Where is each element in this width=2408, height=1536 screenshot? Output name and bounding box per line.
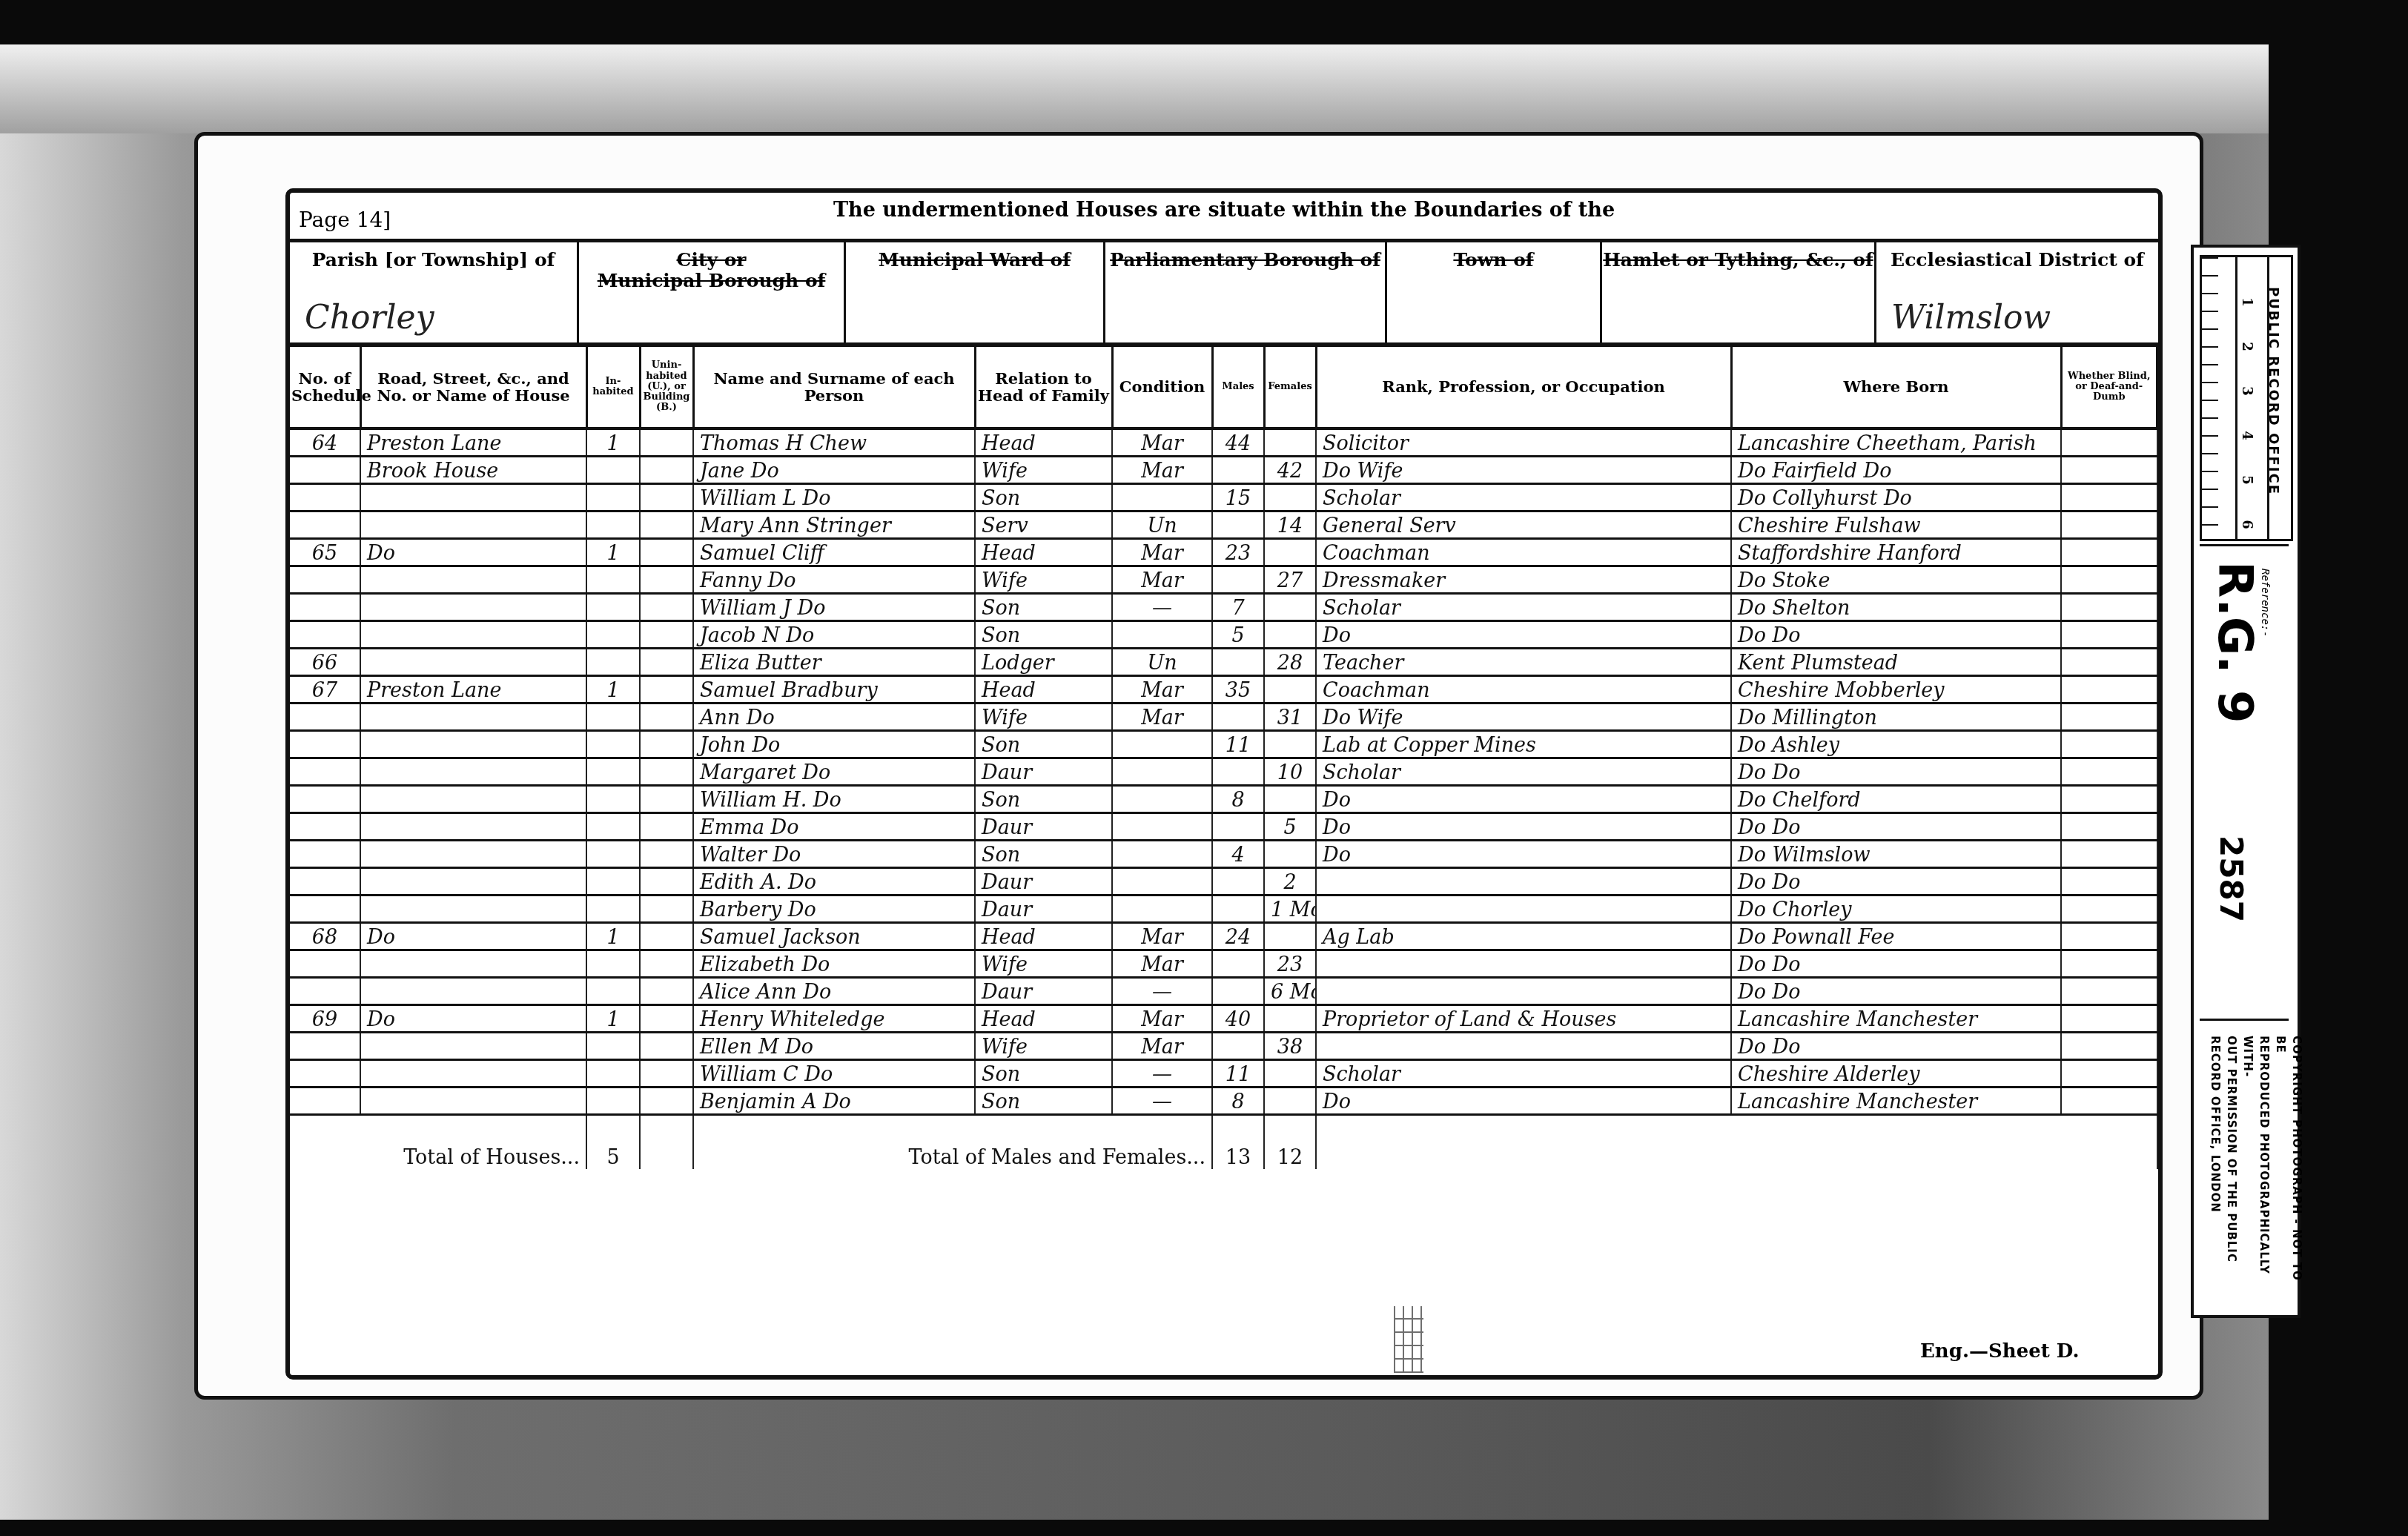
row-road (360, 566, 586, 594)
row-birthplace: Do Do (1731, 950, 2061, 978)
row-birthplace: Do Millington (1731, 704, 2061, 731)
row-schedule: 65 (290, 539, 360, 566)
total-houses-label: Total of Houses... (290, 1115, 586, 1170)
total-houses-value: 5 (586, 1115, 640, 1170)
district-label: Parliamentary Borough of (1105, 250, 1385, 271)
row-road: Do (360, 923, 586, 950)
row-inhabited (586, 758, 640, 786)
row-inhabited (586, 484, 640, 512)
row-age-male: 23 (1212, 539, 1264, 566)
row-infirmity (2061, 566, 2157, 594)
col-born: Where Born (1731, 347, 2061, 428)
row-name: William H. Do (693, 786, 975, 813)
row-inhabited (586, 566, 640, 594)
row-age-female (1264, 621, 1316, 649)
row-occupation (1316, 950, 1731, 978)
row-birthplace: Lancashire Manchester (1731, 1005, 2061, 1033)
row-occupation: Scholar (1316, 758, 1731, 786)
district-ecclesiastical: Ecclesiastical District of Wilmslow (1876, 242, 2158, 342)
table-row: John DoSon11Lab at Copper MinesDo Ashley (290, 731, 2157, 758)
row-age-male: 35 (1212, 676, 1264, 704)
row-birthplace: Cheshire Mobberley (1731, 676, 2061, 704)
row-name: Edith A. Do (693, 868, 975, 896)
row-road (360, 758, 586, 786)
row-birthplace: Do Chorley (1731, 896, 2061, 923)
row-schedule: 67 (290, 676, 360, 704)
row-road (360, 704, 586, 731)
row-inhabited (586, 621, 640, 649)
row-age-female (1264, 786, 1316, 813)
row-relation: Daur (975, 813, 1112, 841)
row-uninhabited (640, 896, 693, 923)
row-condition: Mar (1112, 566, 1212, 594)
row-age-female (1264, 841, 1316, 868)
row-uninhabited (640, 950, 693, 978)
row-road (360, 1060, 586, 1088)
row-relation: Head (975, 428, 1112, 457)
row-name: Elizabeth Do (693, 950, 975, 978)
row-road (360, 813, 586, 841)
row-condition: Un (1112, 512, 1212, 539)
row-uninhabited (640, 539, 693, 566)
row-age-female (1264, 428, 1316, 457)
row-inhabited: 1 (586, 923, 640, 950)
row-uninhabited (640, 621, 693, 649)
row-infirmity (2061, 539, 2157, 566)
row-name: William C Do (693, 1060, 975, 1088)
row-condition (1112, 868, 1212, 896)
row-uninhabited (640, 813, 693, 841)
row-age-female: 38 (1264, 1033, 1316, 1060)
row-age-male: 4 (1212, 841, 1264, 868)
row-infirmity (2061, 704, 2157, 731)
table-row: Margaret DoDaur10ScholarDo Do (290, 758, 2157, 786)
row-occupation: Do Wife (1316, 457, 1731, 484)
table-row: Jacob N DoSon5DoDo Do (290, 621, 2157, 649)
row-inhabited: 1 (586, 1005, 640, 1033)
reference-box: R.G. 9 2587 Reference:- (2200, 544, 2289, 1006)
row-infirmity (2061, 731, 2157, 758)
table-row: Barbery DoDaur1 MoDo Chorley (290, 896, 2157, 923)
row-condition (1112, 731, 1212, 758)
scan-background-top (0, 44, 2269, 133)
reference-piece: 2587 (2213, 835, 2249, 922)
row-name: Fanny Do (693, 566, 975, 594)
row-infirmity (2061, 1088, 2157, 1115)
row-age-female (1264, 1005, 1316, 1033)
row-relation: Son (975, 1060, 1112, 1088)
row-name: Henry Whiteledge (693, 1005, 975, 1033)
row-schedule: 66 (290, 649, 360, 676)
col-occupation: Rank, Profession, or Occupation (1316, 347, 1731, 428)
row-infirmity (2061, 868, 2157, 896)
census-rows: 64Preston Lane1Thomas H ChewHeadMar44Sol… (290, 428, 2157, 1115)
row-age-female (1264, 676, 1316, 704)
row-birthplace: Do Do (1731, 1033, 2061, 1060)
col-relation: Relation to Head of Family (975, 347, 1112, 428)
row-name: Walter Do (693, 841, 975, 868)
row-schedule: 64 (290, 428, 360, 457)
row-uninhabited (640, 428, 693, 457)
row-occupation (1316, 896, 1731, 923)
col-name: Name and Surname of each Person (693, 347, 975, 428)
row-age-female (1264, 539, 1316, 566)
row-uninhabited (640, 731, 693, 758)
row-age-male: 8 (1212, 786, 1264, 813)
row-relation: Head (975, 539, 1112, 566)
row-uninhabited (640, 758, 693, 786)
row-relation: Wife (975, 457, 1112, 484)
row-condition: Mar (1112, 428, 1212, 457)
row-inhabited (586, 1088, 640, 1115)
row-inhabited (586, 813, 640, 841)
row-name: Ellen M Do (693, 1033, 975, 1060)
row-road: Preston Lane (360, 676, 586, 704)
col-schedule: No. of Schedule (290, 347, 360, 428)
row-age-male (1212, 512, 1264, 539)
row-infirmity (2061, 758, 2157, 786)
table-row: William J DoSon—7ScholarDo Shelton (290, 594, 2157, 621)
row-uninhabited (640, 566, 693, 594)
total-empty (640, 1115, 693, 1170)
row-condition: — (1112, 594, 1212, 621)
row-age-male (1212, 457, 1264, 484)
district-label: Hamlet or Tything, &c., of (1602, 250, 1874, 271)
row-schedule (290, 457, 360, 484)
row-condition: — (1112, 1088, 1212, 1115)
row-inhabited (586, 457, 640, 484)
row-uninhabited (640, 484, 693, 512)
totals-row: Total of Houses... 5 Total of Males and … (290, 1115, 2157, 1170)
row-inhabited (586, 950, 640, 978)
row-uninhabited (640, 841, 693, 868)
row-schedule (290, 813, 360, 841)
row-relation: Wife (975, 1033, 1112, 1060)
row-age-female: 10 (1264, 758, 1316, 786)
row-name: Ann Do (693, 704, 975, 731)
row-birthplace: Do Ashley (1731, 731, 2061, 758)
row-birthplace: Do Stoke (1731, 566, 2061, 594)
row-occupation: Proprietor of Land & Houses (1316, 1005, 1731, 1033)
row-name: Jane Do (693, 457, 975, 484)
row-road (360, 594, 586, 621)
row-occupation: Do (1316, 621, 1731, 649)
row-age-male (1212, 649, 1264, 676)
row-age-male (1212, 813, 1264, 841)
row-schedule (290, 512, 360, 539)
row-inhabited: 1 (586, 676, 640, 704)
district-town: Town of (1387, 242, 1602, 342)
row-condition (1112, 484, 1212, 512)
row-inhabited (586, 868, 640, 896)
row-condition (1112, 621, 1212, 649)
row-age-male (1212, 868, 1264, 896)
district-parliamentary-borough: Parliamentary Borough of (1105, 242, 1387, 342)
row-schedule (290, 1088, 360, 1115)
row-road (360, 896, 586, 923)
row-birthplace: Do Do (1731, 758, 2061, 786)
district-label-line1: City or (579, 250, 844, 271)
row-age-male: 11 (1212, 1060, 1264, 1088)
reference-label: Reference:- (2259, 569, 2271, 638)
boundary-title: The undermentioned Houses are situate wi… (290, 199, 2158, 222)
row-inhabited (586, 594, 640, 621)
row-name: Eliza Butter (693, 649, 975, 676)
row-inhabited (586, 704, 640, 731)
row-relation: Daur (975, 896, 1112, 923)
row-birthplace: Lancashire Manchester (1731, 1088, 2061, 1115)
row-schedule (290, 566, 360, 594)
table-header-row: No. of Schedule Road, Street, &c., and N… (290, 347, 2157, 428)
ruler-number: 2 (2239, 342, 2255, 351)
col-females: Females (1264, 347, 1316, 428)
row-age-female: 2 (1264, 868, 1316, 896)
row-condition (1112, 786, 1212, 813)
table-row: 69Do1Henry WhiteledgeHeadMar40Proprietor… (290, 1005, 2157, 1033)
row-name: Barbery Do (693, 896, 975, 923)
district-label: Municipal Borough of (579, 271, 844, 291)
row-schedule (290, 704, 360, 731)
table-row: Benjamin A DoSon—8DoLancashire Mancheste… (290, 1088, 2157, 1115)
district-label: Town of (1387, 250, 1600, 271)
row-uninhabited (640, 1060, 693, 1088)
row-age-male: 15 (1212, 484, 1264, 512)
row-occupation: Solicitor (1316, 428, 1731, 457)
ruler: 123456 PUBLIC RECORD OFFICE (2200, 255, 2293, 541)
row-relation: Head (975, 676, 1112, 704)
row-road (360, 868, 586, 896)
ruler-number: 3 (2239, 386, 2255, 396)
row-name: Alice Ann Do (693, 978, 975, 1005)
copyright-line: COPYRIGHT PHOTOGRAPH - NOT TO BE (2272, 1036, 2305, 1302)
row-relation: Son (975, 786, 1112, 813)
ruler-number: 6 (2239, 520, 2255, 529)
row-name: John Do (693, 731, 975, 758)
row-road (360, 649, 586, 676)
table-row: Edith A. DoDaur2Do Do (290, 868, 2157, 896)
row-schedule (290, 786, 360, 813)
row-age-male: 24 (1212, 923, 1264, 950)
row-age-female (1264, 1088, 1316, 1115)
row-relation: Daur (975, 978, 1112, 1005)
row-uninhabited (640, 594, 693, 621)
row-name: Mary Ann Stringer (693, 512, 975, 539)
row-uninhabited (640, 676, 693, 704)
row-age-female: 23 (1264, 950, 1316, 978)
district-value: Chorley (305, 299, 434, 337)
table-row: 68Do1Samuel JacksonHeadMar24Ag LabDo Pow… (290, 923, 2157, 950)
row-road (360, 731, 586, 758)
row-condition: — (1112, 978, 1212, 1005)
row-age-male (1212, 896, 1264, 923)
row-condition: Mar (1112, 676, 1212, 704)
row-age-male (1212, 566, 1264, 594)
census-table: No. of Schedule Road, Street, &c., and N… (290, 347, 2158, 1169)
table-row: Elizabeth DoWifeMar23Do Do (290, 950, 2157, 978)
row-birthplace: Do Do (1731, 978, 2061, 1005)
row-age-female (1264, 1060, 1316, 1088)
table-row: Brook HouseJane DoWifeMar42Do WifeDo Fai… (290, 457, 2157, 484)
row-relation: Serv (975, 512, 1112, 539)
ruler-number: 4 (2239, 431, 2255, 440)
row-relation: Daur (975, 868, 1112, 896)
row-relation: Son (975, 484, 1112, 512)
row-age-female (1264, 731, 1316, 758)
row-uninhabited (640, 786, 693, 813)
row-condition (1112, 896, 1212, 923)
row-age-female (1264, 923, 1316, 950)
row-occupation: Teacher (1316, 649, 1731, 676)
row-condition: Mar (1112, 923, 1212, 950)
row-age-male (1212, 978, 1264, 1005)
row-birthplace: Lancashire Cheetham, Parish (1731, 428, 2061, 457)
row-occupation: General Serv (1316, 512, 1731, 539)
row-name: Emma Do (693, 813, 975, 841)
row-age-male: 8 (1212, 1088, 1264, 1115)
row-relation: Son (975, 841, 1112, 868)
row-relation: Head (975, 1005, 1112, 1033)
row-inhabited (586, 978, 640, 1005)
row-birthplace: Do Do (1731, 621, 2061, 649)
row-birthplace: Do Fairfield Do (1731, 457, 2061, 484)
ruler-numbers: 123456 (2237, 257, 2269, 539)
reference-class: R.G. 9 (2207, 561, 2262, 723)
copyright-line: RECORD OFFICE, LONDON (2207, 1036, 2223, 1302)
row-age-female: 31 (1264, 704, 1316, 731)
row-infirmity (2061, 786, 2157, 813)
row-schedule: 69 (290, 1005, 360, 1033)
row-schedule (290, 1060, 360, 1088)
row-name: William J Do (693, 594, 975, 621)
row-occupation: Scholar (1316, 484, 1731, 512)
row-uninhabited (640, 457, 693, 484)
row-occupation: Do (1316, 786, 1731, 813)
row-occupation: Do (1316, 841, 1731, 868)
row-road (360, 841, 586, 868)
total-males-value: 13 (1212, 1115, 1264, 1170)
row-age-male: 44 (1212, 428, 1264, 457)
row-relation: Wife (975, 950, 1112, 978)
copyright-notice: COPYRIGHT PHOTOGRAPH - NOT TO BEREPRODUC… (2200, 1019, 2289, 1302)
row-condition (1112, 841, 1212, 868)
district-value: Wilmslow (1891, 299, 2051, 337)
col-condition: Condition (1112, 347, 1212, 428)
row-occupation: Do (1316, 1088, 1731, 1115)
district-municipal-ward: Municipal Ward of (846, 242, 1105, 342)
row-name: Samuel Jackson (693, 923, 975, 950)
form-header: Page 14] The undermentioned Houses are s… (290, 193, 2158, 242)
row-uninhabited (640, 649, 693, 676)
table-row: 67Preston Lane1Samuel BradburyHeadMar35C… (290, 676, 2157, 704)
row-relation: Son (975, 731, 1112, 758)
table-row: Walter DoSon4DoDo Wilmslow (290, 841, 2157, 868)
row-condition: Mar (1112, 539, 1212, 566)
census-table-area: No. of Schedule Road, Street, &c., and N… (290, 347, 2158, 1375)
row-uninhabited (640, 923, 693, 950)
row-infirmity (2061, 1033, 2157, 1060)
row-birthplace: Do Wilmslow (1731, 841, 2061, 868)
row-inhabited (586, 512, 640, 539)
row-road (360, 786, 586, 813)
row-condition: Mar (1112, 1005, 1212, 1033)
row-road (360, 484, 586, 512)
row-uninhabited (640, 978, 693, 1005)
row-relation: Wife (975, 704, 1112, 731)
row-occupation: Coachman (1316, 539, 1731, 566)
row-infirmity (2061, 896, 2157, 923)
row-name: Samuel Bradbury (693, 676, 975, 704)
row-occupation: Coachman (1316, 676, 1731, 704)
row-schedule (290, 594, 360, 621)
row-schedule (290, 868, 360, 896)
row-age-female: 27 (1264, 566, 1316, 594)
row-birthplace: Do Chelford (1731, 786, 2061, 813)
row-road (360, 978, 586, 1005)
table-row: Ellen M DoWifeMar38Do Do (290, 1033, 2157, 1060)
row-inhabited (586, 896, 640, 923)
row-road: Preston Lane (360, 428, 586, 457)
ruler-number: 1 (2239, 297, 2255, 307)
row-age-female: 42 (1264, 457, 1316, 484)
col-road: Road, Street, &c., and No. or Name of Ho… (360, 347, 586, 428)
row-occupation: Dressmaker (1316, 566, 1731, 594)
row-birthplace: Do Do (1731, 813, 2061, 841)
row-condition: Mar (1112, 457, 1212, 484)
row-road (360, 1088, 586, 1115)
row-relation: Wife (975, 566, 1112, 594)
row-condition (1112, 813, 1212, 841)
row-occupation: Do (1316, 813, 1731, 841)
row-occupation: Ag Lab (1316, 923, 1731, 950)
copyright-text: COPYRIGHT PHOTOGRAPH - NOT TO BEREPRODUC… (2207, 1036, 2305, 1302)
table-row: Emma DoDaur5DoDo Do (290, 813, 2157, 841)
row-infirmity (2061, 950, 2157, 978)
row-age-male: 11 (1212, 731, 1264, 758)
row-age-male (1212, 950, 1264, 978)
row-occupation: Lab at Copper Mines (1316, 731, 1731, 758)
row-road (360, 512, 586, 539)
copyright-line: REPRODUCED PHOTOGRAPHICALLY WITH- (2240, 1036, 2272, 1302)
sheet-footer-note: Eng.—Sheet D. (1920, 1340, 2079, 1363)
table-row: William H. DoSon8DoDo Chelford (290, 786, 2157, 813)
ruler-number: 5 (2239, 475, 2255, 485)
district-parish: Parish [or Township] of Chorley (290, 242, 579, 342)
row-condition: Un (1112, 649, 1212, 676)
row-inhabited (586, 786, 640, 813)
row-inhabited (586, 649, 640, 676)
row-birthplace: Do Collyhurst Do (1731, 484, 2061, 512)
row-infirmity (2061, 457, 2157, 484)
row-schedule (290, 758, 360, 786)
row-name: Benjamin A Do (693, 1088, 975, 1115)
row-age-female (1264, 484, 1316, 512)
row-schedule (290, 978, 360, 1005)
table-row: Alice Ann DoDaur—6 MoDo Do (290, 978, 2157, 1005)
row-inhabited (586, 841, 640, 868)
row-relation: Son (975, 594, 1112, 621)
grid-stamp-mark (1394, 1306, 1423, 1373)
col-uninhabited: Unin-habited (U.), or Building (B.) (640, 347, 693, 428)
row-road (360, 621, 586, 649)
row-name: Samuel Cliff (693, 539, 975, 566)
total-females-value: 12 (1264, 1115, 1316, 1170)
row-name: Margaret Do (693, 758, 975, 786)
row-schedule (290, 484, 360, 512)
row-road: Brook House (360, 457, 586, 484)
row-age-female: 28 (1264, 649, 1316, 676)
row-infirmity (2061, 512, 2157, 539)
row-relation: Lodger (975, 649, 1112, 676)
